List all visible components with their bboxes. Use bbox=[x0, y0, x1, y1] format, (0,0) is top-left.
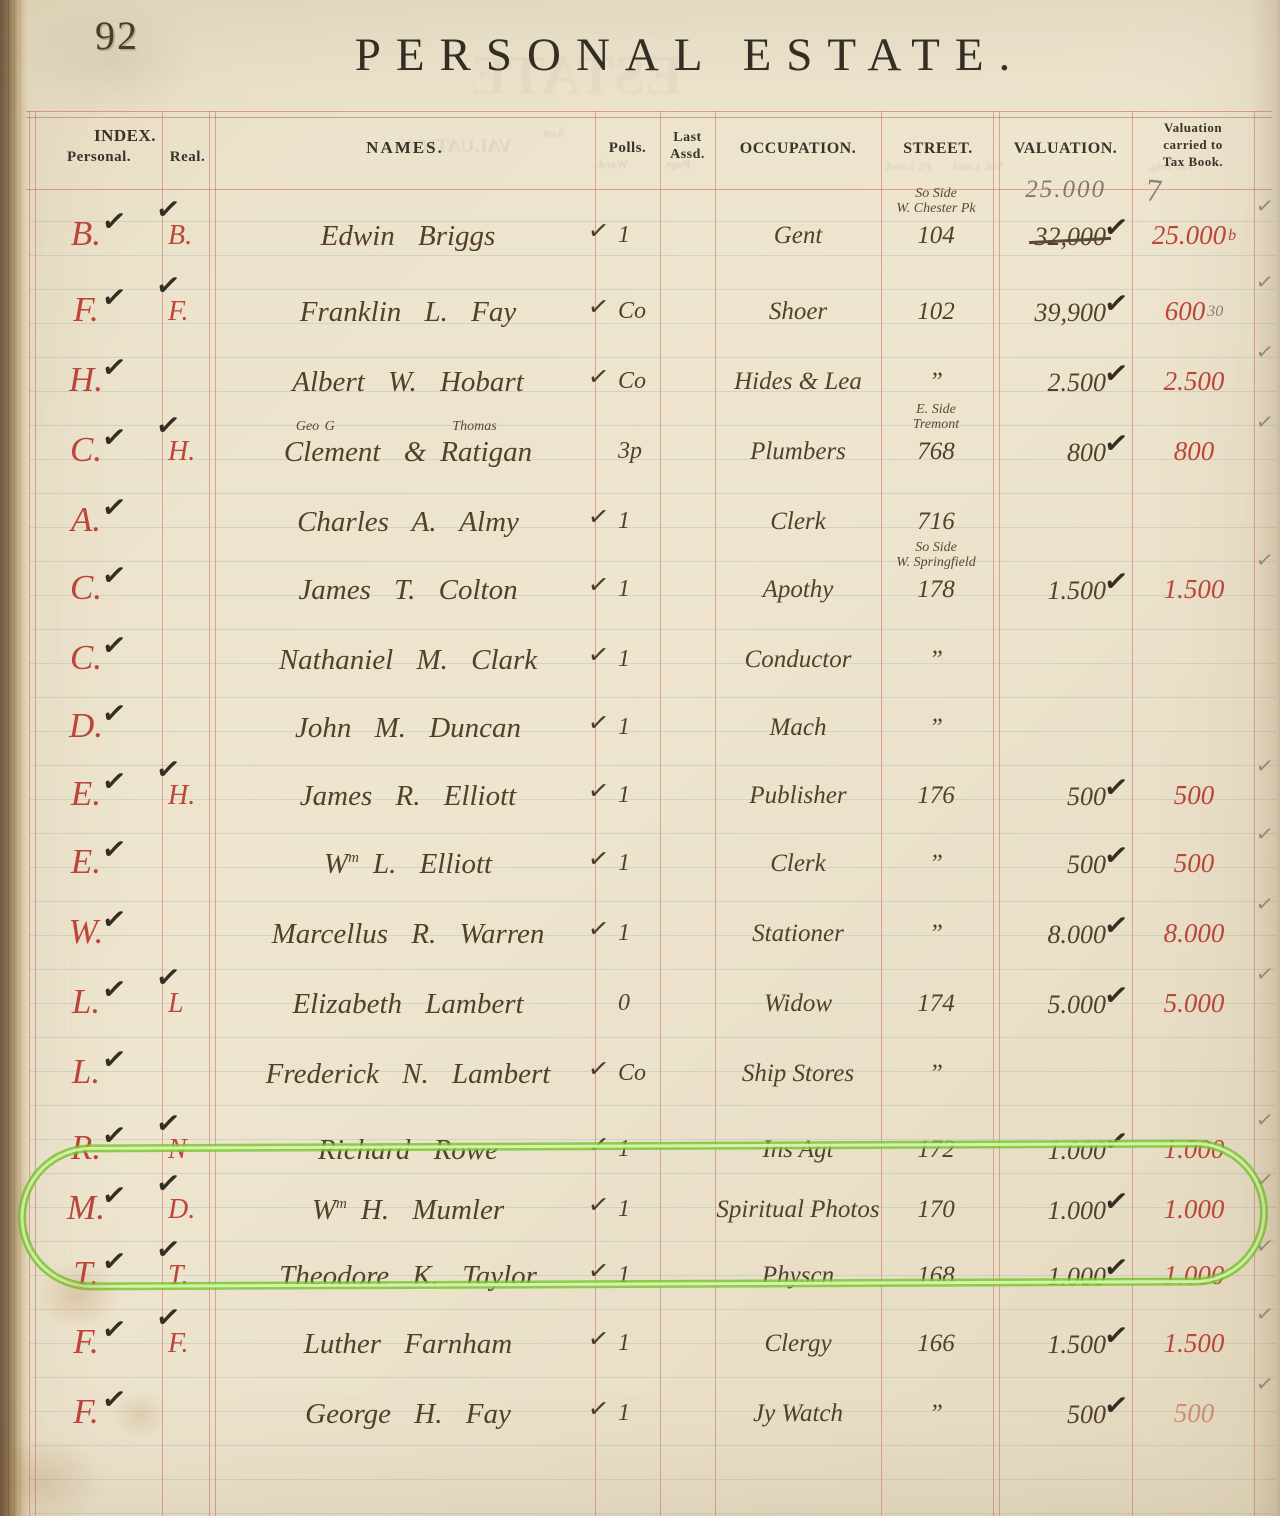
ledger-row: A.✓Charles A. Almy✓1Clerk716 bbox=[0, 498, 1280, 568]
occupation: Apothy bbox=[716, 576, 880, 604]
ghost-text: Ward. bbox=[596, 157, 628, 172]
polls-checkmark: ✓ bbox=[588, 216, 609, 246]
tax-book-value: 1.000 bbox=[1136, 1260, 1252, 1291]
tax-book-value: 800 bbox=[1136, 436, 1252, 467]
street-number: ” bbox=[878, 368, 994, 396]
margin-checkmark: ✓ bbox=[1256, 340, 1274, 365]
valuation-value: 1.500 bbox=[988, 576, 1106, 606]
name-segment: Clement &Geo G bbox=[284, 436, 426, 469]
polls-value: 1 bbox=[618, 576, 630, 603]
polls-checkmark: ✓ bbox=[588, 914, 609, 944]
name-segment: George H. Fay bbox=[305, 1398, 511, 1431]
personal-checkmark: ✓ bbox=[102, 1244, 126, 1279]
valuation-value: 1.000 bbox=[988, 1196, 1106, 1226]
tax-book-value: 1.000 bbox=[1136, 1134, 1252, 1165]
col-header-real: Real. bbox=[160, 149, 215, 166]
index-real-letter: N bbox=[168, 1134, 187, 1166]
street-number: ” bbox=[878, 714, 994, 742]
tax-book-value: 1.500 bbox=[1136, 574, 1252, 605]
polls-value: 1 bbox=[618, 850, 630, 877]
street-number: 170 bbox=[878, 1196, 994, 1224]
margin-checkmark: ✓ bbox=[1256, 410, 1274, 435]
name-segment: Theodore K. Taylor bbox=[279, 1260, 537, 1293]
index-real-letter: H. bbox=[168, 780, 195, 812]
valuation-number: 2.500 bbox=[1048, 368, 1107, 397]
valuation-value: 500 bbox=[988, 1400, 1106, 1430]
name-segment: Edwin Briggs bbox=[321, 220, 496, 253]
tax-book-value: 2.500 bbox=[1136, 366, 1252, 397]
valuation-value: 39,900 bbox=[988, 298, 1106, 328]
occupation: Clergy bbox=[716, 1330, 880, 1358]
col-header-taxbook-line3: Tax Book. bbox=[1132, 154, 1254, 170]
polls-checkmark: ✓ bbox=[588, 776, 609, 806]
name: Nathaniel M. Clark bbox=[222, 644, 594, 677]
ledger-row: L.✓Frederick N. Lambert✓CoShip Stores” bbox=[0, 1050, 1280, 1120]
valuation-number: 1.000 bbox=[1048, 1196, 1107, 1225]
polls-checkmark: ✓ bbox=[588, 1054, 609, 1084]
personal-checkmark: ✓ bbox=[102, 696, 126, 731]
name-segment: Wm bbox=[312, 1194, 347, 1227]
polls-value: Co bbox=[618, 298, 646, 325]
margin-checkmark: ✓ bbox=[1256, 962, 1274, 987]
street-note: So SideW. Springfield bbox=[876, 540, 996, 570]
polls-value: 1 bbox=[618, 1196, 630, 1223]
name-segment: Albert W. Hobart bbox=[292, 366, 524, 399]
personal-checkmark: ✓ bbox=[102, 350, 126, 385]
index-real-letter: F. bbox=[168, 1328, 189, 1360]
valuation-value: 5.000 bbox=[988, 990, 1106, 1020]
name-segment: L. Elliott bbox=[373, 848, 492, 881]
occupation: Stationer bbox=[716, 920, 880, 948]
polls-value: 1 bbox=[618, 714, 630, 741]
ledger-row: F.✓George H. Fay✓1Jy Watch”500✓500✓ bbox=[0, 1390, 1280, 1460]
name-superscript: m bbox=[336, 1196, 347, 1212]
occupation: Widow bbox=[716, 990, 880, 1018]
ledger-row: H.✓Albert W. Hobart✓CoHides & Lea”2.500✓… bbox=[0, 358, 1280, 428]
polls-value: Co bbox=[618, 368, 646, 395]
rule-top-1 bbox=[26, 111, 1272, 112]
occupation: Gent bbox=[716, 222, 880, 250]
polls-checkmark: ✓ bbox=[588, 708, 609, 738]
tax-book-value: 5.000 bbox=[1136, 988, 1252, 1019]
tax-pencil-note: 7 bbox=[1144, 171, 1164, 209]
index-real-letter: H. bbox=[168, 436, 195, 468]
personal-checkmark: ✓ bbox=[102, 1312, 126, 1347]
name-segment: Charles A. Almy bbox=[297, 506, 519, 539]
valuation-number: 1.000 bbox=[1048, 1262, 1107, 1291]
col-header-polls: Polls. bbox=[595, 140, 660, 157]
ledger-row: D.✓John M. Duncan✓1Mach” bbox=[0, 704, 1280, 774]
occupation: Plumbers bbox=[716, 438, 880, 466]
polls-checkmark: ✓ bbox=[588, 844, 609, 874]
name: Frederick N. Lambert bbox=[222, 1058, 594, 1091]
margin-checkmark: ✓ bbox=[1256, 822, 1274, 847]
valuation-value: 2.500 bbox=[988, 368, 1106, 398]
polls-checkmark: ✓ bbox=[588, 1394, 609, 1424]
street-note: E. SideTremont bbox=[876, 402, 996, 432]
valuation-checkmark: ✓ bbox=[1104, 286, 1128, 321]
margin-checkmark: ✓ bbox=[1256, 892, 1274, 917]
valuation-number: 800 bbox=[1067, 438, 1106, 467]
tax-book-value: 25.000b bbox=[1136, 220, 1252, 251]
ghost-text: Pt. Land. bbox=[884, 159, 932, 174]
street-number: 716 bbox=[878, 508, 994, 536]
rule-top-2 bbox=[26, 117, 1272, 118]
personal-checkmark: ✓ bbox=[102, 558, 126, 593]
index-real-letter: B. bbox=[168, 220, 192, 252]
valuation-checkmark: ✓ bbox=[1104, 978, 1128, 1013]
valuation-checkmark: ✓ bbox=[1104, 1250, 1128, 1285]
tax-book-value: 1.000 bbox=[1136, 1194, 1252, 1225]
page-number: 92 bbox=[95, 12, 139, 59]
valuation-checkmark: ✓ bbox=[1104, 770, 1128, 805]
name-segment: Wm bbox=[324, 848, 359, 881]
index-real-letter: F. bbox=[168, 296, 189, 328]
occupation: Ship Stores bbox=[716, 1060, 880, 1088]
name-segment: Marcellus R. Warren bbox=[272, 918, 545, 951]
street-number: ” bbox=[878, 1060, 994, 1088]
valuation-number: 1.000 bbox=[1048, 1136, 1107, 1165]
polls-checkmark: ✓ bbox=[588, 640, 609, 670]
personal-checkmark: ✓ bbox=[102, 1382, 126, 1417]
name: John M. Duncan bbox=[222, 712, 594, 745]
valuation-number: 1.500 bbox=[1048, 1330, 1107, 1359]
personal-checkmark: ✓ bbox=[102, 972, 126, 1007]
street-number: ” bbox=[878, 1400, 994, 1428]
occupation: Jy Watch bbox=[716, 1400, 880, 1428]
valuation-checkmark: ✓ bbox=[1104, 1124, 1128, 1159]
valuation-value: 500 bbox=[988, 782, 1106, 812]
personal-checkmark: ✓ bbox=[102, 832, 126, 867]
personal-checkmark: ✓ bbox=[102, 490, 126, 525]
polls-checkmark: ✓ bbox=[588, 1324, 609, 1354]
tax-book-value: 500 bbox=[1136, 1398, 1252, 1429]
valuation-number: 32,000 bbox=[1035, 222, 1107, 252]
personal-checkmark: ✓ bbox=[102, 902, 126, 937]
polls-value: 1 bbox=[618, 1262, 630, 1289]
col-header-last-assd-line1: Last bbox=[660, 130, 715, 146]
ledger-row-highlighted: M.✓✓D.WmH. Mumler✓1Spiritual Photos1701.… bbox=[0, 1186, 1280, 1256]
margin-checkmark: ✓ bbox=[1256, 1302, 1274, 1327]
valuation-checkmark: ✓ bbox=[1104, 1388, 1128, 1423]
polls-value: 1 bbox=[618, 508, 630, 535]
ledger-row: C.✓James T. Colton✓1ApothySo SideW. Spri… bbox=[0, 566, 1280, 636]
name-segment: James T. Colton bbox=[298, 574, 517, 607]
tax-book-suffix: b bbox=[1228, 227, 1236, 244]
ghost-text: Val. Land. bbox=[950, 159, 1003, 174]
occupation: Conductor bbox=[716, 646, 880, 674]
street-number: 176 bbox=[878, 782, 994, 810]
margin-checkmark: ✓ bbox=[1256, 1234, 1274, 1259]
name-segment: Nathaniel M. Clark bbox=[279, 644, 537, 677]
personal-checkmark: ✓ bbox=[102, 204, 126, 239]
ledger-row: C.✓✓H.Clement &Geo GRatiganThomas3pPlumb… bbox=[0, 428, 1280, 498]
margin-checkmark: ✓ bbox=[1256, 1372, 1274, 1397]
name-segment: Frederick N. Lambert bbox=[266, 1058, 551, 1091]
street-number: ” bbox=[878, 920, 994, 948]
name: WmH. Mumler bbox=[222, 1194, 594, 1227]
valuation-checkmark: ✓ bbox=[1104, 1318, 1128, 1353]
occupation: Mach bbox=[716, 714, 880, 742]
personal-checkmark: ✓ bbox=[102, 1042, 126, 1077]
street-number: 168 bbox=[878, 1262, 994, 1290]
name-segment: H. Mumler bbox=[361, 1194, 504, 1227]
valuation-checkmark: ✓ bbox=[1104, 1184, 1128, 1219]
personal-checkmark: ✓ bbox=[102, 280, 126, 315]
polls-value: 1 bbox=[618, 782, 630, 809]
polls-value: 1 bbox=[618, 1136, 630, 1163]
name-annotation-above: Geo G bbox=[296, 419, 335, 435]
personal-checkmark: ✓ bbox=[102, 1118, 126, 1153]
street-number: 768 bbox=[878, 438, 994, 466]
name: WmL. Elliott bbox=[222, 848, 594, 881]
polls-checkmark: ✓ bbox=[588, 362, 609, 392]
personal-checkmark: ✓ bbox=[102, 1178, 126, 1213]
name: Elizabeth Lambert bbox=[222, 988, 594, 1021]
valuation-number: 8.000 bbox=[1048, 920, 1107, 949]
valuation-value: 1.500 bbox=[988, 1330, 1106, 1360]
valuation-value: 1.000 bbox=[988, 1262, 1106, 1292]
name-segment: John M. Duncan bbox=[295, 712, 521, 745]
occupation: Spiritual Photos bbox=[716, 1196, 880, 1224]
col-header-occupation: OCCUPATION. bbox=[715, 140, 881, 158]
valuation-number: 500 bbox=[1067, 782, 1106, 811]
ledger-row: T.✓✓T.Theodore K. Taylor✓1Physcn1681.000… bbox=[0, 1252, 1280, 1322]
index-real-letter: D. bbox=[168, 1194, 195, 1226]
occupation: Publisher bbox=[716, 782, 880, 810]
polls-checkmark: ✓ bbox=[588, 570, 609, 600]
valuation-pencil-note: 25.000 bbox=[980, 176, 1106, 204]
ledger-row: F.✓✓F.Franklin L. Fay✓CoShoer10239,900✓6… bbox=[0, 288, 1280, 358]
col-header-personal: Personal. bbox=[35, 149, 163, 166]
name: Theodore K. Taylor bbox=[222, 1260, 594, 1293]
ledger-row: E.✓WmL. Elliott✓1Clerk”500✓500✓ bbox=[0, 840, 1280, 910]
personal-checkmark: ✓ bbox=[102, 628, 126, 663]
margin-checkmark: ✓ bbox=[1256, 548, 1274, 573]
valuation-checkmark: ✓ bbox=[1104, 210, 1128, 245]
name: James T. Colton bbox=[222, 574, 594, 607]
tax-book-value: 500 bbox=[1136, 780, 1252, 811]
polls-value: 0 bbox=[618, 990, 630, 1017]
name-segment: Franklin L. Fay bbox=[300, 296, 516, 329]
valuation-value: 800 bbox=[988, 438, 1106, 468]
name: Edwin Briggs bbox=[222, 220, 594, 253]
valuation-value: 500 bbox=[988, 850, 1106, 880]
margin-checkmark: ✓ bbox=[1256, 270, 1274, 295]
name-annotation-above: Thomas bbox=[452, 419, 496, 435]
col-header-valuation: VALUATION. bbox=[999, 140, 1132, 158]
polls-checkmark: ✓ bbox=[588, 502, 609, 532]
name: Marcellus R. Warren bbox=[222, 918, 594, 951]
polls-value: 1 bbox=[618, 222, 630, 249]
occupation: Hides & Lea bbox=[716, 368, 880, 396]
name-segment: Elizabeth Lambert bbox=[292, 988, 523, 1021]
col-header-names: NAMES. bbox=[215, 138, 595, 158]
valuation-value: 32,000 bbox=[988, 222, 1106, 252]
valuation-checkmark: ✓ bbox=[1104, 426, 1128, 461]
occupation: Clerk bbox=[716, 508, 880, 536]
street-number: ” bbox=[878, 850, 994, 878]
ledger-row: L.✓✓LElizabeth Lambert0Widow1745.000✓5.0… bbox=[0, 980, 1280, 1050]
index-real-letter: T. bbox=[168, 1260, 189, 1292]
occupation: Physcn bbox=[716, 1262, 880, 1290]
ledger-row: W.✓Marcellus R. Warren✓1Stationer”8.000✓… bbox=[0, 910, 1280, 980]
col-header-street: STREET. bbox=[881, 140, 995, 158]
tax-book-suffix: 30 bbox=[1207, 303, 1223, 320]
personal-checkmark: ✓ bbox=[102, 420, 126, 455]
polls-value: 1 bbox=[618, 1400, 630, 1427]
valuation-number: 500 bbox=[1067, 1400, 1106, 1429]
index-real-letter: L bbox=[168, 988, 184, 1020]
name: James R. Elliott bbox=[222, 780, 594, 813]
col-header-taxbook-line1: Valuation bbox=[1132, 120, 1254, 136]
name-superscript: m bbox=[348, 850, 359, 866]
street-number: 174 bbox=[878, 990, 994, 1018]
street-number: 178 bbox=[878, 576, 994, 604]
polls-checkmark: ✓ bbox=[588, 1190, 609, 1220]
tax-book-value: 60030 bbox=[1136, 296, 1252, 327]
street-number: 102 bbox=[878, 298, 994, 326]
ledger-page-scan: 92 PERSONAL ESTATE. INDEX. Personal. Rea… bbox=[0, 0, 1280, 1516]
col-header-index: INDEX. bbox=[35, 126, 215, 146]
polls-value: Co bbox=[618, 1060, 646, 1087]
ledger-row: B.✓✓B.Edwin Briggs✓1GentSo SideW. Cheste… bbox=[0, 212, 1280, 282]
street-number: 104 bbox=[878, 222, 994, 250]
polls-checkmark: ✓ bbox=[588, 1130, 609, 1160]
name-segment: Richard Rowe bbox=[318, 1134, 498, 1167]
tax-book-value: 1.500 bbox=[1136, 1328, 1252, 1359]
personal-checkmark: ✓ bbox=[102, 764, 126, 799]
valuation-checkmark: ✓ bbox=[1104, 564, 1128, 599]
name-segment: James R. Elliott bbox=[300, 780, 516, 813]
margin-checkmark: ✓ bbox=[1256, 1168, 1274, 1193]
occupation: Shoer bbox=[716, 298, 880, 326]
polls-value: 1 bbox=[618, 1330, 630, 1357]
street-number: 166 bbox=[878, 1330, 994, 1358]
polls-checkmark: ✓ bbox=[588, 292, 609, 322]
margin-checkmark: ✓ bbox=[1256, 194, 1274, 219]
street-number: ” bbox=[878, 646, 994, 674]
occupation: Clerk bbox=[716, 850, 880, 878]
name-segment: RatiganThomas bbox=[440, 436, 532, 469]
occupation: Ins Agt bbox=[716, 1136, 880, 1164]
name: George H. Fay bbox=[222, 1398, 594, 1431]
name: Luther Farnham bbox=[222, 1328, 594, 1361]
ledger-row: C.✓Nathaniel M. Clark✓1Conductor” bbox=[0, 636, 1280, 706]
valuation-value: 8.000 bbox=[988, 920, 1106, 950]
street-number: 172 bbox=[878, 1136, 994, 1164]
valuation-number: 39,900 bbox=[1035, 298, 1107, 327]
name: Clement &Geo GRatiganThomas bbox=[222, 436, 594, 469]
valuation-checkmark: ✓ bbox=[1104, 838, 1128, 873]
col-header-taxbook-line2: carried to bbox=[1132, 137, 1254, 153]
valuation-checkmark: ✓ bbox=[1104, 356, 1128, 391]
name: Franklin L. Fay bbox=[222, 296, 594, 329]
name: Albert W. Hobart bbox=[222, 366, 594, 399]
tax-book-value: 500 bbox=[1136, 848, 1252, 879]
ledger-row: E.✓✓H.James R. Elliott✓1Publisher176500✓… bbox=[0, 772, 1280, 842]
street-note: So SideW. Chester Pk bbox=[876, 186, 996, 216]
name: Richard Rowe bbox=[222, 1134, 594, 1167]
col-header-last-assd-line2: Assd. bbox=[660, 147, 715, 163]
valuation-number: 500 bbox=[1067, 850, 1106, 879]
tax-book-value: 8.000 bbox=[1136, 918, 1252, 949]
valuation-number: 5.000 bbox=[1048, 990, 1107, 1019]
name-segment: Luther Farnham bbox=[304, 1328, 513, 1361]
margin-checkmark: ✓ bbox=[1256, 754, 1274, 779]
polls-checkmark: ✓ bbox=[588, 1256, 609, 1286]
polls-value: 3p bbox=[618, 438, 642, 465]
polls-value: 1 bbox=[618, 920, 630, 947]
page-title: PERSONAL ESTATE. bbox=[355, 28, 1026, 82]
valuation-value: 1.000 bbox=[988, 1136, 1106, 1166]
valuation-number: 1.500 bbox=[1048, 576, 1107, 605]
margin-checkmark: ✓ bbox=[1256, 1108, 1274, 1133]
polls-value: 1 bbox=[618, 646, 630, 673]
name: Charles A. Almy bbox=[222, 506, 594, 539]
valuation-checkmark: ✓ bbox=[1104, 908, 1128, 943]
ledger-row: F.✓✓F.Luther Farnham✓1Clergy1661.500✓1.5… bbox=[0, 1320, 1280, 1390]
